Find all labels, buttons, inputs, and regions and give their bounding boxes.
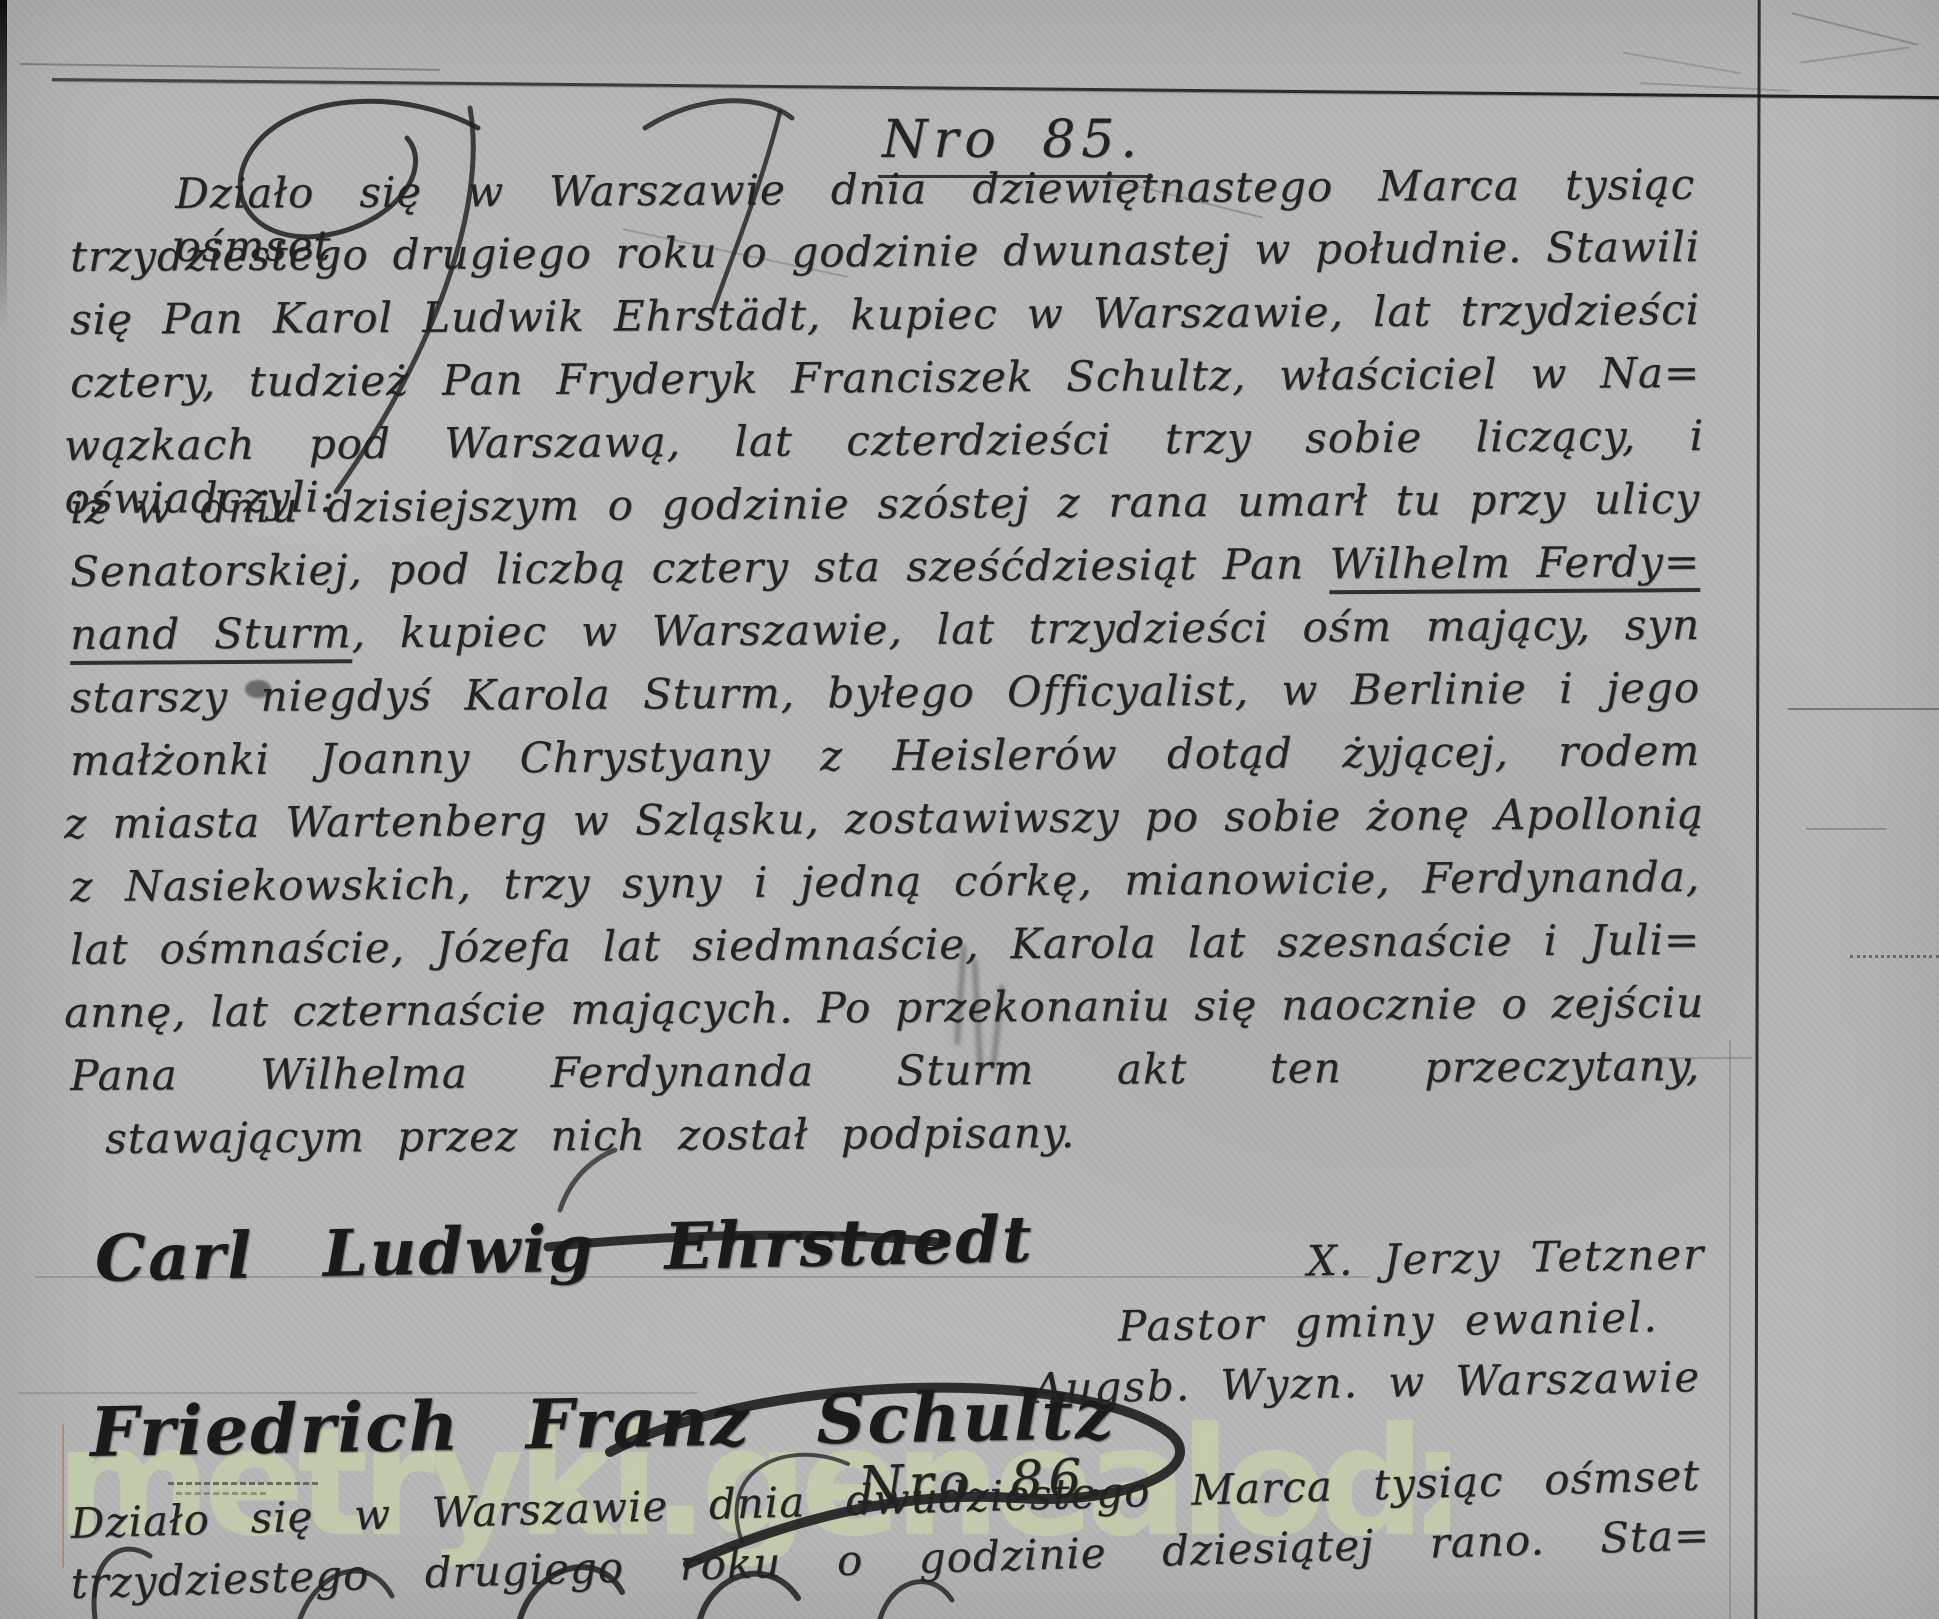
record-85-line: się Pan Karol Ludwik Ehrstädt, kupiec w …	[70, 284, 1700, 346]
scan-edge-shadow	[0, 0, 7, 330]
text-segment: małżonki Joanny Chrystyany z Heislerów d…	[70, 726, 1700, 785]
witness-signature-ehrstaedt: Carl Ludwig Ehrstaedt	[94, 1202, 1034, 1297]
register-page-scan: metryki.genealodzy.pl	[0, 0, 1939, 1619]
underlined-deceased-name: Wilhelm Ferdy=	[1329, 537, 1700, 594]
pastor-signature: X. Jerzy Tetzner	[1306, 1230, 1705, 1286]
underlined-deceased-name: nand Sturm	[70, 608, 352, 665]
pastor-title: Pastor gminy ewaniel.	[1118, 1292, 1660, 1350]
record-85-line: iż w dniu dzisiejszym o godzinie szóstej…	[70, 473, 1700, 535]
text-segment: , kupiec w Warszawie, lat trzydzieści oś…	[352, 600, 1701, 657]
margin-dash	[1806, 828, 1886, 830]
red-edge-mark	[62, 1424, 64, 1568]
record-85-line: cztery, tudzież Pan Fryderyk Franciszek …	[70, 347, 1700, 409]
pencil-mark	[1623, 52, 1742, 75]
stamp-mark	[168, 1482, 318, 1485]
margin-dash	[1788, 708, 1939, 710]
record-85-line: Senatorskiej, pod liczbą cztery sta sześ…	[70, 536, 1700, 598]
record-85-line: z Nasiekowskich, trzy syny i jedną córkę…	[70, 851, 1700, 913]
text-segment: Pana Wilhelma Ferdynanda Sturm akt ten p…	[70, 1041, 1700, 1100]
text-segment: annę, lat czternaście mających. Po przek…	[64, 978, 1704, 1037]
text-segment: się Pan Karol Ludwik Ehrstädt, kupiec w …	[70, 285, 1700, 344]
text-segment: z miasta Wartenberg w Szląsku, zostawiws…	[64, 789, 1704, 848]
text-segment: starszy niegdyś Karola Sturm, byłego Off…	[70, 663, 1700, 722]
record-85-line: Pana Wilhelma Ferdynanda Sturm akt ten p…	[70, 1040, 1700, 1102]
record-85-line: stawającym przez nich został podpisany.	[105, 1107, 1075, 1165]
text-segment: trzydziestego drugiego roku o godzinie d…	[70, 222, 1700, 281]
text-segment: iż w dniu dzisiejszym o godzinie szóstej…	[70, 474, 1700, 533]
right-margin-area	[1759, 0, 1939, 1619]
text-segment: cztery, tudzież Pan Fryderyk Franciszek …	[70, 348, 1700, 407]
text-segment: lat ośmnaście, Józefa lat siedmnaście, K…	[70, 915, 1700, 974]
text-segment: z Nasiekowskich, trzy syny i jedną córkę…	[70, 852, 1700, 911]
record-85-line: trzydziestego drugiego roku o godzinie d…	[70, 221, 1700, 283]
record-85-line: małżonki Joanny Chrystyany z Heislerów d…	[70, 725, 1700, 787]
faint-pencil-rule	[1729, 1040, 1731, 1619]
record-85-line: z miasta Wartenberg w Szląsku, zostawiws…	[64, 788, 1704, 851]
pastor-parish: Augsb. Wyzn. w Warszawie	[1032, 1352, 1701, 1413]
record-85-line: lat ośmnaście, Józefa lat siedmnaście, K…	[70, 914, 1700, 976]
top-rule-line	[52, 78, 1939, 99]
record-85-line: annę, lat czternaście mających. Po przek…	[64, 977, 1704, 1040]
faint-top-line	[20, 63, 440, 71]
record-85-line: starszy niegdyś Karola Sturm, byłego Off…	[70, 662, 1700, 724]
margin-dotted-dash	[1850, 955, 1939, 958]
text-segment: stawającym przez nich został podpisany.	[105, 1108, 1075, 1163]
record-85-line: nand Sturm, kupiec w Warszawie, lat trzy…	[70, 599, 1700, 661]
text-segment: Senatorskiej, pod liczbą cztery sta sześ…	[70, 539, 1330, 596]
